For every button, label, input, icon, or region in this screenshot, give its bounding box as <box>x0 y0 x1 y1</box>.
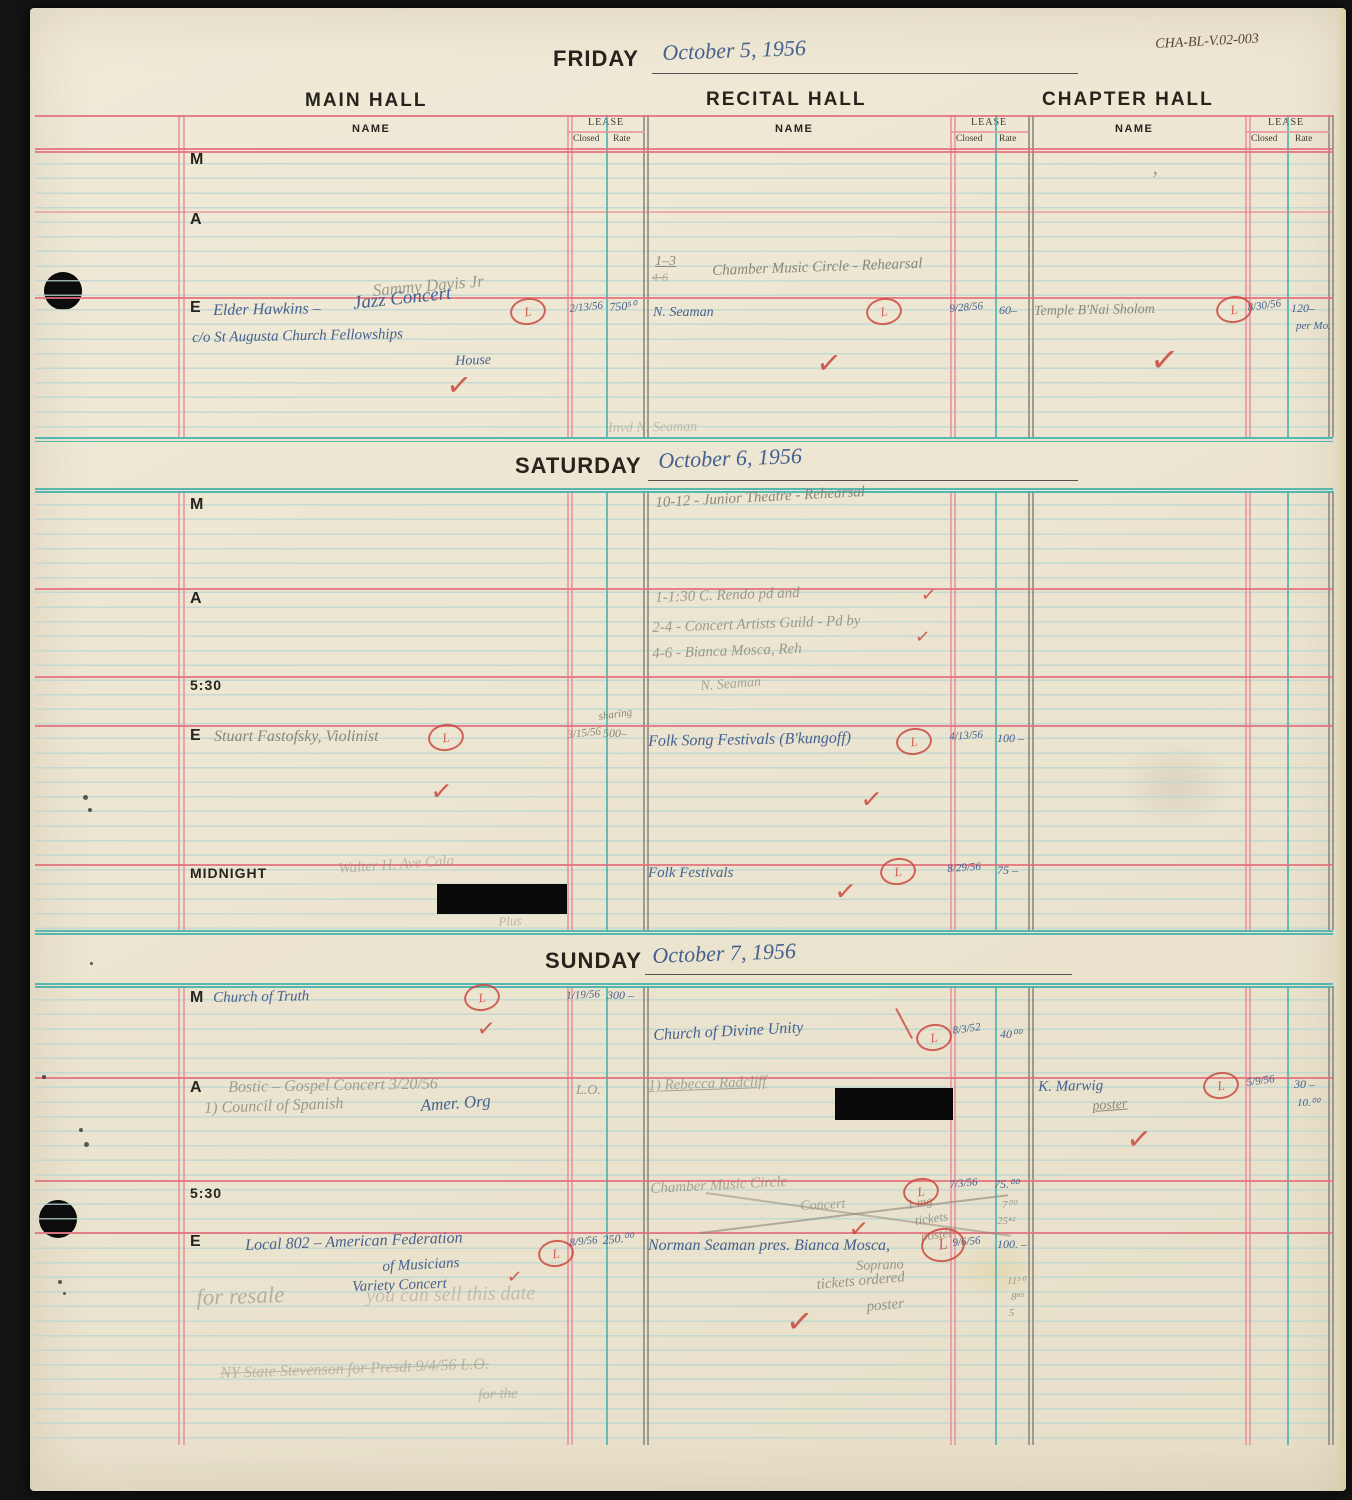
lease-subrule <box>950 131 1028 133</box>
column-rule <box>1245 115 1247 437</box>
ruled-lines <box>35 150 1335 437</box>
handwritten-note: poster <box>1092 1098 1128 1114</box>
column-rule <box>647 115 649 437</box>
name-header: NAME <box>352 124 390 135</box>
column-rule <box>183 115 185 437</box>
date-handwritten: October 6, 1956 <box>658 445 802 472</box>
row-label-m-s1: M <box>190 497 204 513</box>
red-checkmark: ✓ <box>815 348 843 380</box>
ink-speck <box>84 1142 89 1147</box>
red-checkmark: ✓ <box>859 786 883 814</box>
column-rule <box>1249 986 1251 1445</box>
row-rule <box>35 1232 1333 1234</box>
closed-header: Closed <box>1251 135 1277 145</box>
row-label-a-s2: A <box>190 1080 203 1096</box>
handwritten-note: for resale <box>196 1283 285 1309</box>
handwritten-note: ’ <box>1150 168 1157 190</box>
redaction-box <box>835 1088 953 1120</box>
column-rule <box>571 115 573 437</box>
column-rule <box>1328 986 1330 1445</box>
handwritten-note: Plus <box>498 914 522 928</box>
handwritten-note: 10.⁰⁰ <box>1297 1098 1320 1109</box>
row-rule <box>35 725 1333 727</box>
column-rule <box>178 986 180 1445</box>
row-rule <box>35 148 1333 150</box>
handwritten-note: K. Marwig <box>1038 1079 1103 1095</box>
red-checkmark: ✓ <box>920 586 937 605</box>
handwritten-note: 100 – <box>997 732 1024 744</box>
handwritten-note: 8/29/56 <box>947 862 981 875</box>
column-rule <box>954 115 956 437</box>
handwritten-note: Folk Festivals <box>648 866 733 881</box>
red-checkmark: ✓ <box>506 1268 523 1287</box>
column-rule <box>954 986 956 1445</box>
row-label-midnight-s1: MIDNIGHT <box>190 866 267 880</box>
date-underline <box>652 73 1078 74</box>
column-rule <box>1245 986 1247 1445</box>
handwritten-note: 75.⁰⁰ <box>994 1178 1019 1190</box>
column-rule <box>567 986 569 1445</box>
red-checkmark: ✓ <box>445 370 473 402</box>
ink-speck <box>83 795 88 800</box>
rate-header: Rate <box>613 135 630 145</box>
column-rule <box>1287 115 1289 437</box>
handwritten-note: Church of Truth <box>213 989 309 1006</box>
ink-speck <box>58 1280 62 1284</box>
column-rule <box>950 986 952 1445</box>
section-rule <box>35 933 1333 935</box>
name-header: NAME <box>1115 124 1153 135</box>
ink-speck <box>42 1075 46 1079</box>
date-handwritten: October 5, 1956 <box>662 37 806 64</box>
handwritten-note: L.O. <box>576 1084 601 1098</box>
row-label-e-s1: E <box>190 728 202 744</box>
hall-title-chapter: CHAPTER HALL <box>1042 90 1214 109</box>
row-label-a-s1: A <box>190 591 203 607</box>
row-rule <box>35 151 1333 153</box>
column-rule <box>995 115 997 437</box>
row-label-530-s1: 5:30 <box>190 678 222 692</box>
row-rule <box>35 211 1333 213</box>
handwritten-note: for the <box>478 1387 518 1403</box>
handwritten-note: Invd N. Seaman <box>608 420 697 436</box>
lease-subrule <box>1245 131 1330 133</box>
hall-title-main: MAIN HALL <box>305 91 427 110</box>
hall-title-recital: RECITAL HALL <box>706 90 867 109</box>
handwritten-note: 1/19/56 <box>566 989 600 1002</box>
row-label-m-s0: M <box>190 152 204 168</box>
red-checkmark: ✓ <box>429 778 453 806</box>
handwritten-note: 4/13/56 <box>949 730 983 743</box>
red-checkmark: ✓ <box>914 628 931 647</box>
handwritten-note: 8⁸⁵ <box>1011 1292 1024 1303</box>
handwritten-note: House <box>455 354 491 369</box>
column-rule <box>1249 115 1251 437</box>
closed-header: Closed <box>956 135 982 145</box>
handwritten-note: 750⁵⁰ <box>609 299 637 313</box>
column-rule <box>571 986 573 1445</box>
section-rule <box>35 488 1333 490</box>
column-rule <box>1332 986 1334 1445</box>
handwritten-note: 60– <box>999 304 1017 316</box>
red-checkmark: ✓ <box>785 1304 815 1339</box>
row-label-e-s0: E <box>190 300 202 316</box>
section-rule <box>35 930 1333 932</box>
red-checkmark: ✓ <box>476 1018 497 1042</box>
date-underline <box>645 974 1072 975</box>
closed-header: Closed <box>573 135 599 145</box>
column-rule <box>1032 115 1034 437</box>
handwritten-note: 4-6 <box>652 271 668 283</box>
handwritten-note: 30 – <box>1294 1078 1315 1090</box>
handwritten-note: per Mo. <box>1296 321 1331 332</box>
column-rule <box>1332 115 1334 437</box>
ink-speck <box>79 1128 83 1132</box>
handwritten-note: 100. – <box>997 1238 1027 1250</box>
handwritten-note: 25⁴² <box>997 1216 1015 1227</box>
row-rule <box>35 297 1333 299</box>
column-rule <box>647 986 649 1445</box>
row-rule <box>35 115 1333 117</box>
ledger-scan-page: FRIDAY October 5, 1956 MAIN HALL RECITAL… <box>0 0 1352 1500</box>
day-label: SATURDAY <box>515 455 642 477</box>
handwritten-note: 11⁵⁰ <box>1007 1276 1025 1287</box>
red-checkmark: ✓ <box>1125 1124 1153 1156</box>
ink-speck <box>90 962 93 965</box>
rate-header: Rate <box>999 135 1016 145</box>
date-underline <box>648 480 1078 481</box>
column-rule <box>567 115 569 437</box>
column-rule <box>1028 986 1030 1445</box>
date-handwritten: October 7, 1956 <box>652 940 796 967</box>
handwritten-note: Elder Hawkins – <box>213 301 321 319</box>
row-label-530-s2: 5:30 <box>190 1186 222 1200</box>
day-label: FRIDAY <box>553 48 639 70</box>
handwritten-note: 120– <box>1291 302 1315 314</box>
column-rule <box>178 115 180 437</box>
ink-speck <box>63 1292 66 1295</box>
row-label-m-s2: M <box>190 990 204 1006</box>
column-rule <box>950 115 952 437</box>
name-header: NAME <box>775 124 813 135</box>
row-rule <box>35 676 1333 678</box>
lease-subrule <box>567 131 645 133</box>
handwritten-note: 5 <box>1009 1308 1015 1319</box>
red-checkmark: ✓ <box>833 878 857 906</box>
handwritten-note: 300 – <box>607 989 634 1001</box>
column-rule <box>183 986 185 1445</box>
column-rule <box>1032 986 1034 1445</box>
handwritten-note: 75 – <box>997 864 1018 876</box>
section-rule <box>35 441 1333 443</box>
lease-header: LEASE <box>971 118 1007 128</box>
section-rule <box>35 986 1333 988</box>
column-rule <box>606 115 608 437</box>
rate-header: Rate <box>1295 135 1312 145</box>
row-label-a-s0: A <box>190 212 203 228</box>
handwritten-note: 7⁰⁰ <box>1002 1200 1016 1211</box>
column-rule <box>606 986 608 1445</box>
handwritten-note: N. Seaman <box>653 306 714 320</box>
handwritten-note: Temple B'Nai Sholom <box>1034 303 1155 319</box>
handwritten-note: Amer. Org <box>420 1092 491 1114</box>
section-rule <box>35 983 1333 985</box>
day-label: SUNDAY <box>545 950 642 972</box>
row-label-e-s2: E <box>190 1234 202 1250</box>
ink-speck <box>88 808 92 812</box>
column-rule <box>643 115 645 437</box>
red-checkmark: ✓ <box>847 1216 870 1242</box>
handwritten-note: 250.⁰⁰ <box>602 1231 634 1246</box>
handwritten-note: 500– <box>603 727 627 739</box>
handwritten-note: 1–3 <box>655 255 676 269</box>
column-rule <box>1028 115 1030 437</box>
section-rule <box>35 437 1333 439</box>
redaction-box <box>437 884 567 914</box>
red-checkmark: ✓ <box>1148 342 1180 379</box>
column-rule <box>1287 986 1289 1445</box>
column-rule <box>1328 115 1330 437</box>
column-rule <box>643 986 645 1445</box>
handwritten-note: 40⁰⁰ <box>1000 1028 1022 1040</box>
section-rule <box>35 491 1333 493</box>
handwritten-note: Stuart Fastofsky, Violinist <box>214 729 379 745</box>
